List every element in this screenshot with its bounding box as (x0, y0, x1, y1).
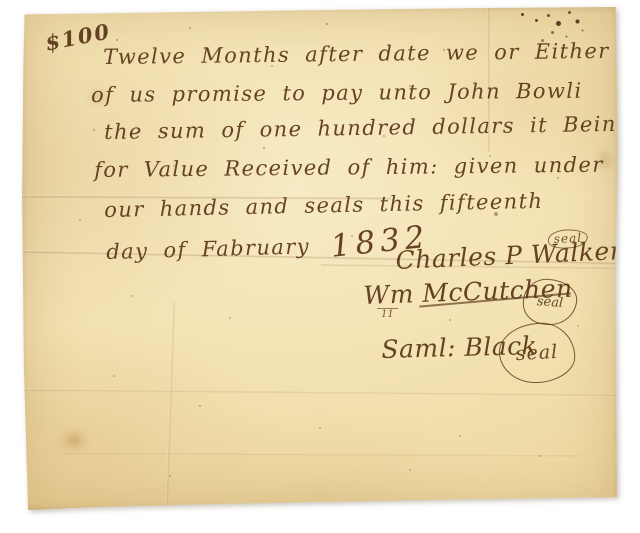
fold-crease-vertical (165, 302, 175, 512)
seal-annotation: seal (515, 341, 558, 365)
foxing-specks (21, 7, 23, 9)
body-line-1: Twelve Months after date we or Either (103, 39, 610, 69)
paper-shadow-wrap: $100 Twelve Months after date we or Eith… (0, 0, 640, 533)
stain (57, 427, 91, 453)
body-line-3: the sum of one hundred dollars it Being (104, 112, 632, 144)
body-line-2: of us promise to pay unto John Bowli (91, 79, 583, 107)
document-paper: $100 Twelve Months after date we or Eith… (21, 7, 618, 510)
photo-background: $100 Twelve Months after date we or Eith… (0, 0, 640, 533)
signature-flourish: 11 (377, 308, 398, 320)
date-line: day of Fabruary (106, 234, 310, 264)
body-line-5: our hands and seals this fifteenth (104, 189, 544, 222)
fold-crease (61, 452, 581, 458)
ink-spatter (521, 13, 524, 16)
body-line-4: for Value Received of him: given under (94, 153, 604, 182)
fold-crease (21, 388, 618, 396)
seal-annotation: seal (536, 294, 563, 311)
